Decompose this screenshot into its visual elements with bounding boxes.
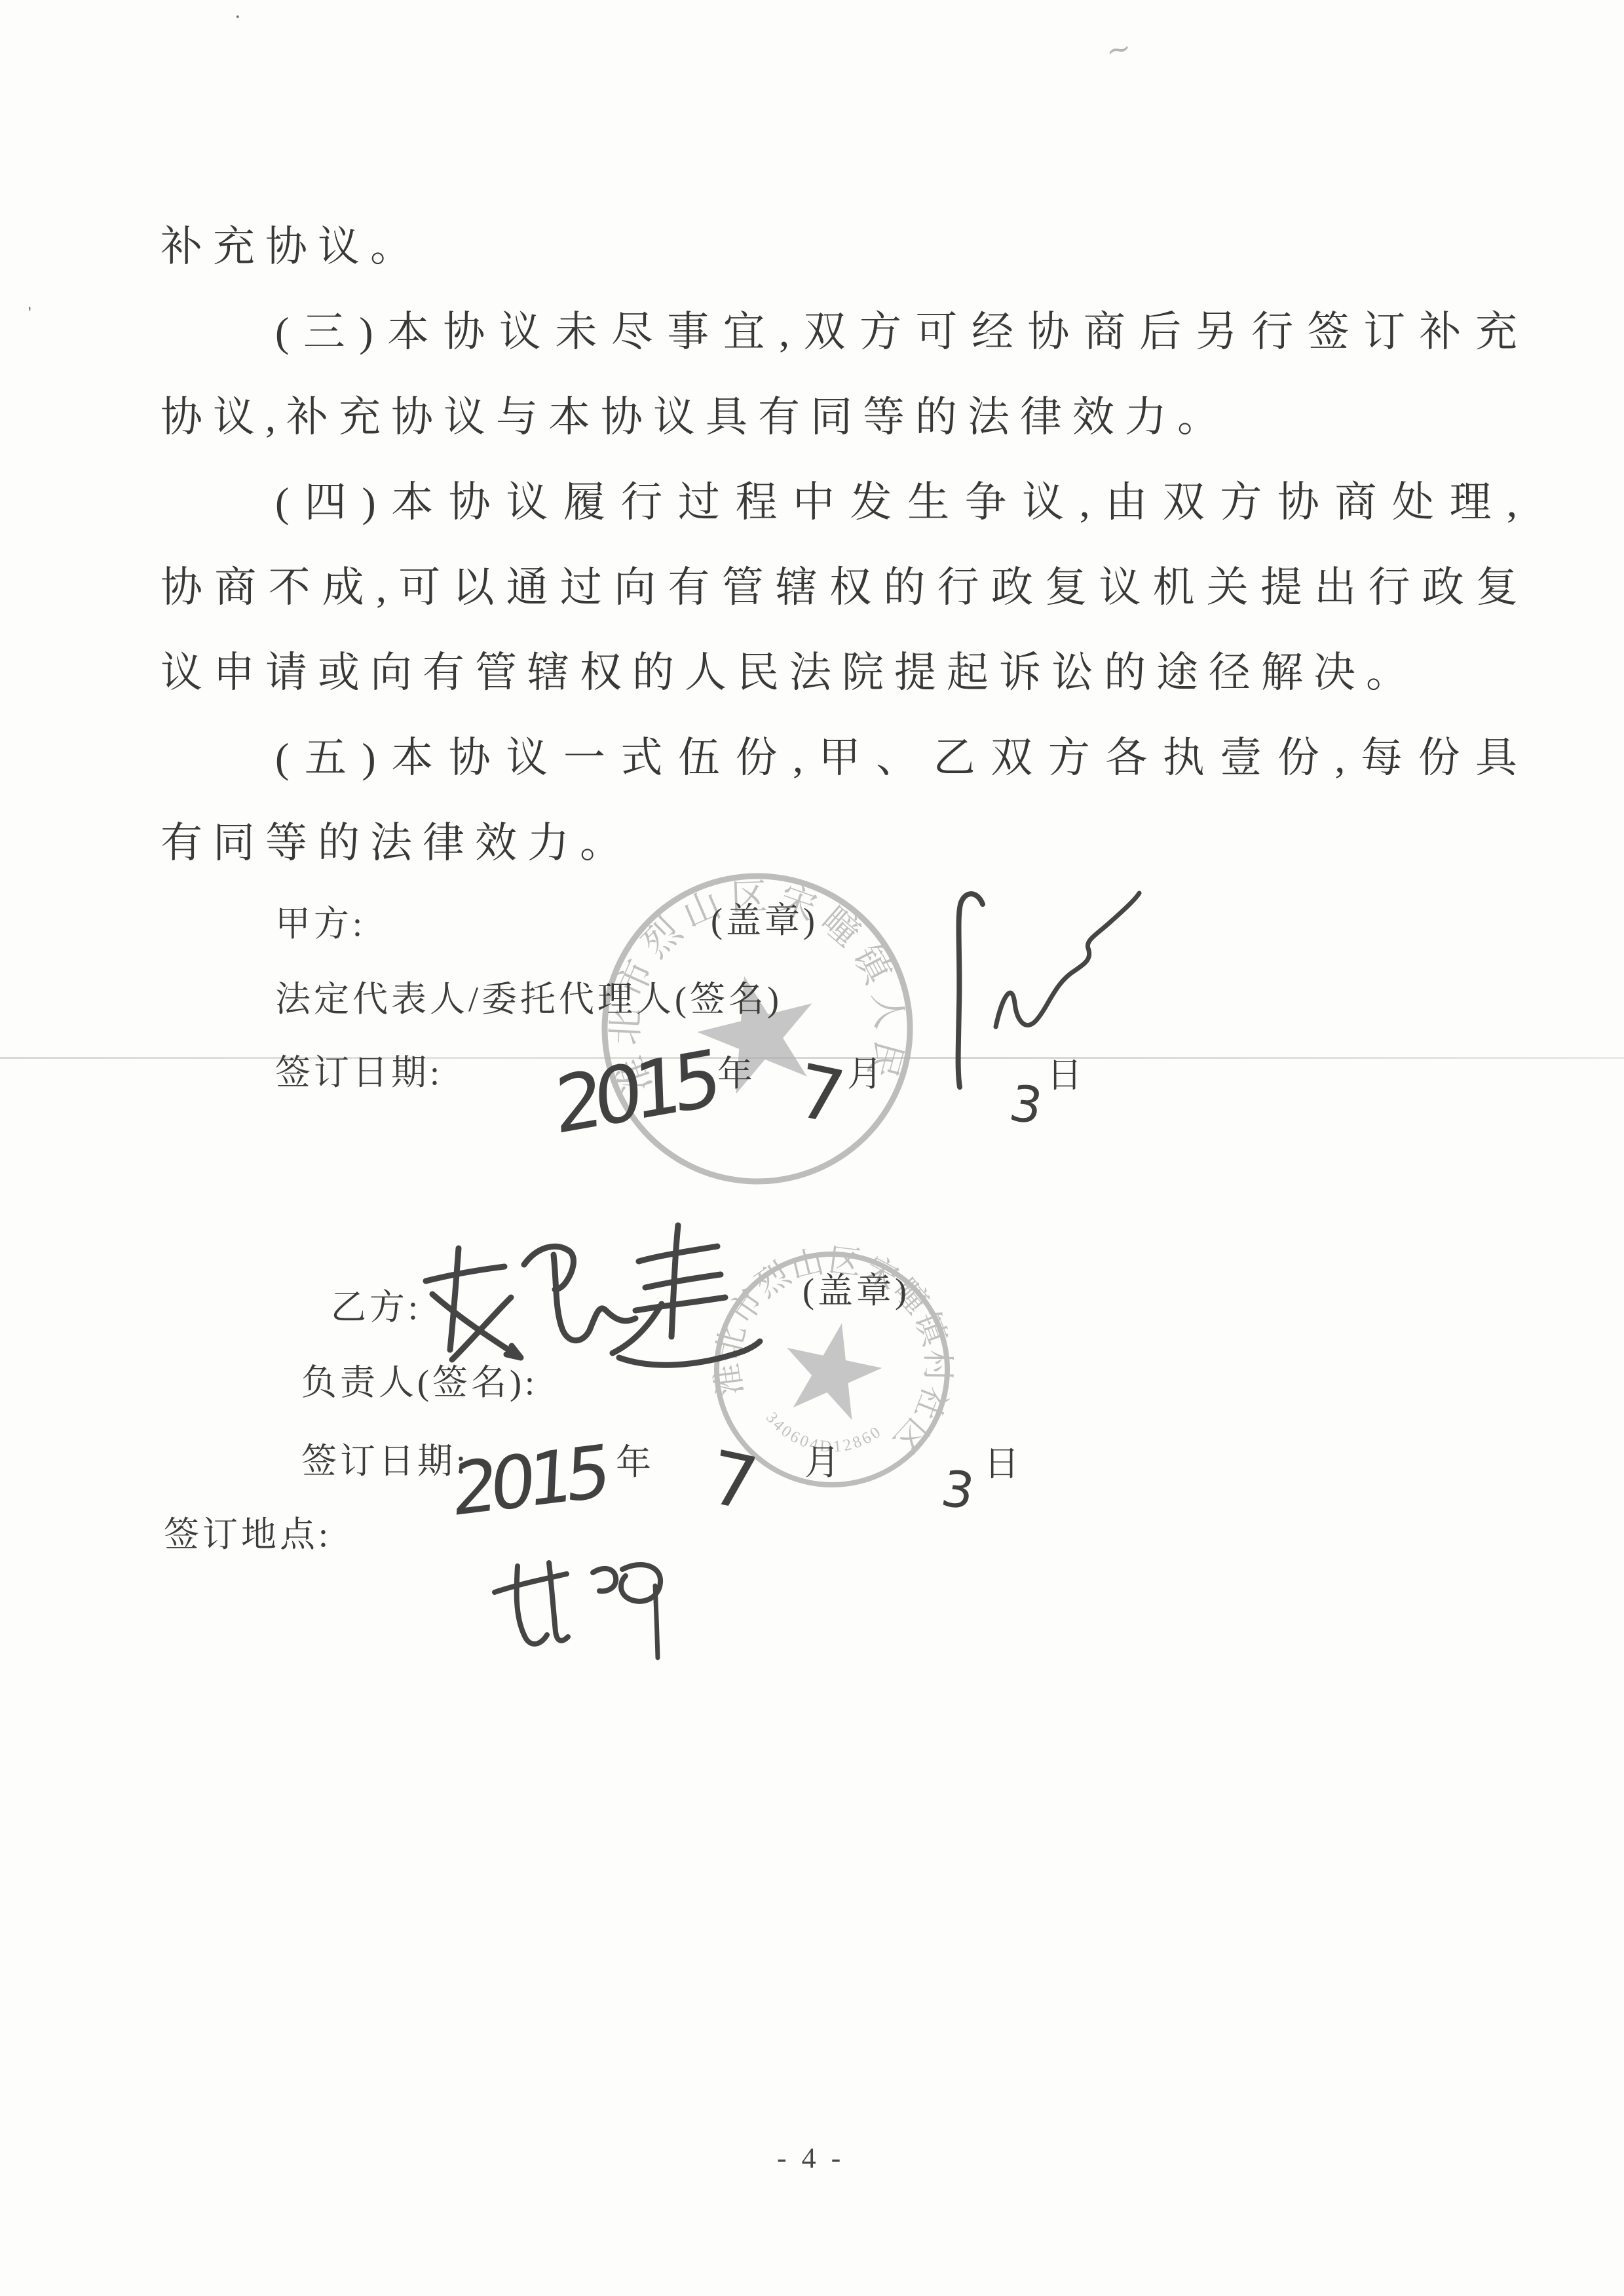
- body-line: 有同等的法律效力。: [161, 822, 632, 864]
- party-a-representative-label: 法定代表人/委托代理人(签名): [275, 982, 782, 1017]
- party-b-year-char: 年: [616, 1445, 654, 1480]
- party-a-month-char: 月: [847, 1056, 886, 1092]
- party-b-month-char: 月: [804, 1445, 843, 1480]
- body-line: (五)本协议一式伍份,甲、乙双方各执壹份,每份具: [275, 737, 1528, 779]
- party-a-day-char: 日: [1047, 1058, 1086, 1093]
- scanned-contract-page: ` • ∼ 补充协议。 (三)本协议未尽事宜,双方可经协商后另行签订补充 协议,…: [0, 0, 1624, 2296]
- party-a-date-label: 签订日期:: [275, 1055, 443, 1090]
- party-a-label: 甲方:: [275, 906, 366, 942]
- body-line: 补充协议。: [161, 226, 423, 268]
- party-b-handwritten-year: 2015: [451, 1435, 605, 1527]
- scan-speck-top: •: [236, 12, 240, 24]
- signing-place-scribble: [475, 1553, 691, 1671]
- scan-speck-left: `: [16, 303, 35, 324]
- party-a-official-seal: 淮北市烈山区宋疃镇人民政府: [574, 845, 941, 1212]
- signing-place-label: 签订地点:: [164, 1517, 331, 1552]
- party-a-seal-note: (盖章): [711, 903, 818, 938]
- body-line: 议申请或向有管辖权的人民法院提起诉讼的途径解决。: [161, 652, 1418, 694]
- body-line: (四)本协议履行过程中发生争议,由双方协商处理,: [275, 482, 1528, 524]
- scan-smudge-top-right: ∼: [1103, 29, 1135, 69]
- body-line: (三)本协议未尽事宜,双方可经协商后另行签订补充: [275, 311, 1528, 353]
- party-b-seal-note: (盖章): [803, 1273, 910, 1309]
- party-b-date-label: 签订日期:: [301, 1444, 469, 1479]
- party-b-responsible-label: 负责人(签名):: [301, 1365, 538, 1400]
- party-a-year-char: 年: [717, 1056, 756, 1092]
- party-a-signature-scribble: [914, 875, 1163, 1111]
- body-line: 协商不成,可以通过向有管辖权的行政复议机关提出行政复: [161, 567, 1528, 609]
- party-b-day-char: 日: [984, 1446, 1023, 1482]
- party-b-signature-scribble: [403, 1212, 770, 1376]
- page-number: - 4 -: [777, 2141, 844, 2175]
- party-b-seal-star: [775, 1313, 889, 1424]
- body-line: 协议,补充协议与本协议具有同等的法律效力。: [161, 396, 1230, 438]
